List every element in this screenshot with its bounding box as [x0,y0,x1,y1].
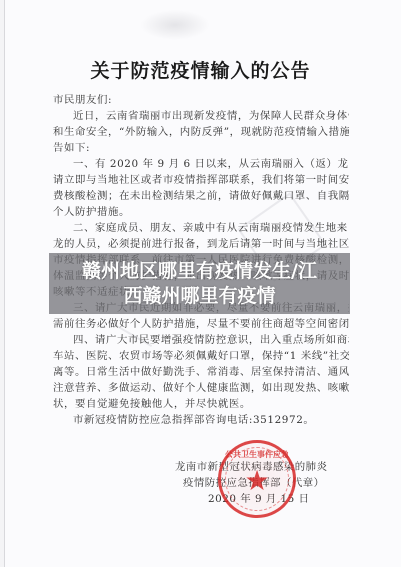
seal-text: 公共卫生事件应急 [221,449,293,460]
headline-line2: 西赣州哪里有疫情 [123,284,275,309]
body-line: 注意营养、多做运动、做好个人健康监测，如出现发热、咳嗽等症 [53,381,349,395]
headline-overlay: 赣州地区哪里有疫情发生/江 西赣州哪里有疫情 [49,253,350,314]
hotline-line: 市新冠疫情防控应急指挥部咨询电话:3512972。 [73,413,349,427]
body-line: 费核酸检测；在未出检测结果之前，请做好佩戴口罩、自我隔离等 [53,189,349,203]
body-line: 龙的人员，必须提前进行报备，到龙后请第一时间与当地社区或者 [53,237,349,251]
greeting: 市民朋友们: [53,93,349,107]
body-line: 告如下: [53,141,349,155]
body-line: 一、有 2020 年 9 月 6 日以来，从云南瑞丽入（返）龙的市民， [73,157,349,171]
body-line: 需前往务必做好个人防护措施，尽量不要前往商超等空间密闭场所。 [53,317,349,331]
headline-line1: 赣州地区哪里有疫情发生/江 [82,259,317,284]
body-line: 近日，云南省瑞丽市出现新发疫情，为保障人民群众身体健康 [73,109,349,123]
star-icon: ★ [221,467,293,495]
body-line: 请立即与当地社区或者市疫情指挥部联系，我们将第一时间安排免 [53,173,349,187]
document-title: 关于防范疫情输入的公告 [0,56,401,83]
body-line: 个人防护措施。 [53,205,349,219]
official-seal: 公共卫生事件应急 ★ [218,440,296,518]
body-line: 四、请广大市民要增强疫情防控意识，出入重点场所如商场、 [73,333,349,347]
body-line: 离等。日常生活中做好勤洗手、常消毒、居室保持清洁、通风透气、 [53,365,349,379]
body-line: 二、家庭成员、朋友、亲戚中有从云南瑞丽疫情发生地来（返） [73,221,349,235]
body-line: 和生命安全，“外防输入，内防反弹”，现就防范疫情输入措施公 [53,125,349,139]
body-line: 车站、医院、农贸市场等必须佩戴好口罩，保持“1 米线”社交距 [53,349,349,363]
body-line: 状，要自觉避免接触他人，并尽快就医。 [53,397,349,411]
scan-smudge [140,10,210,40]
